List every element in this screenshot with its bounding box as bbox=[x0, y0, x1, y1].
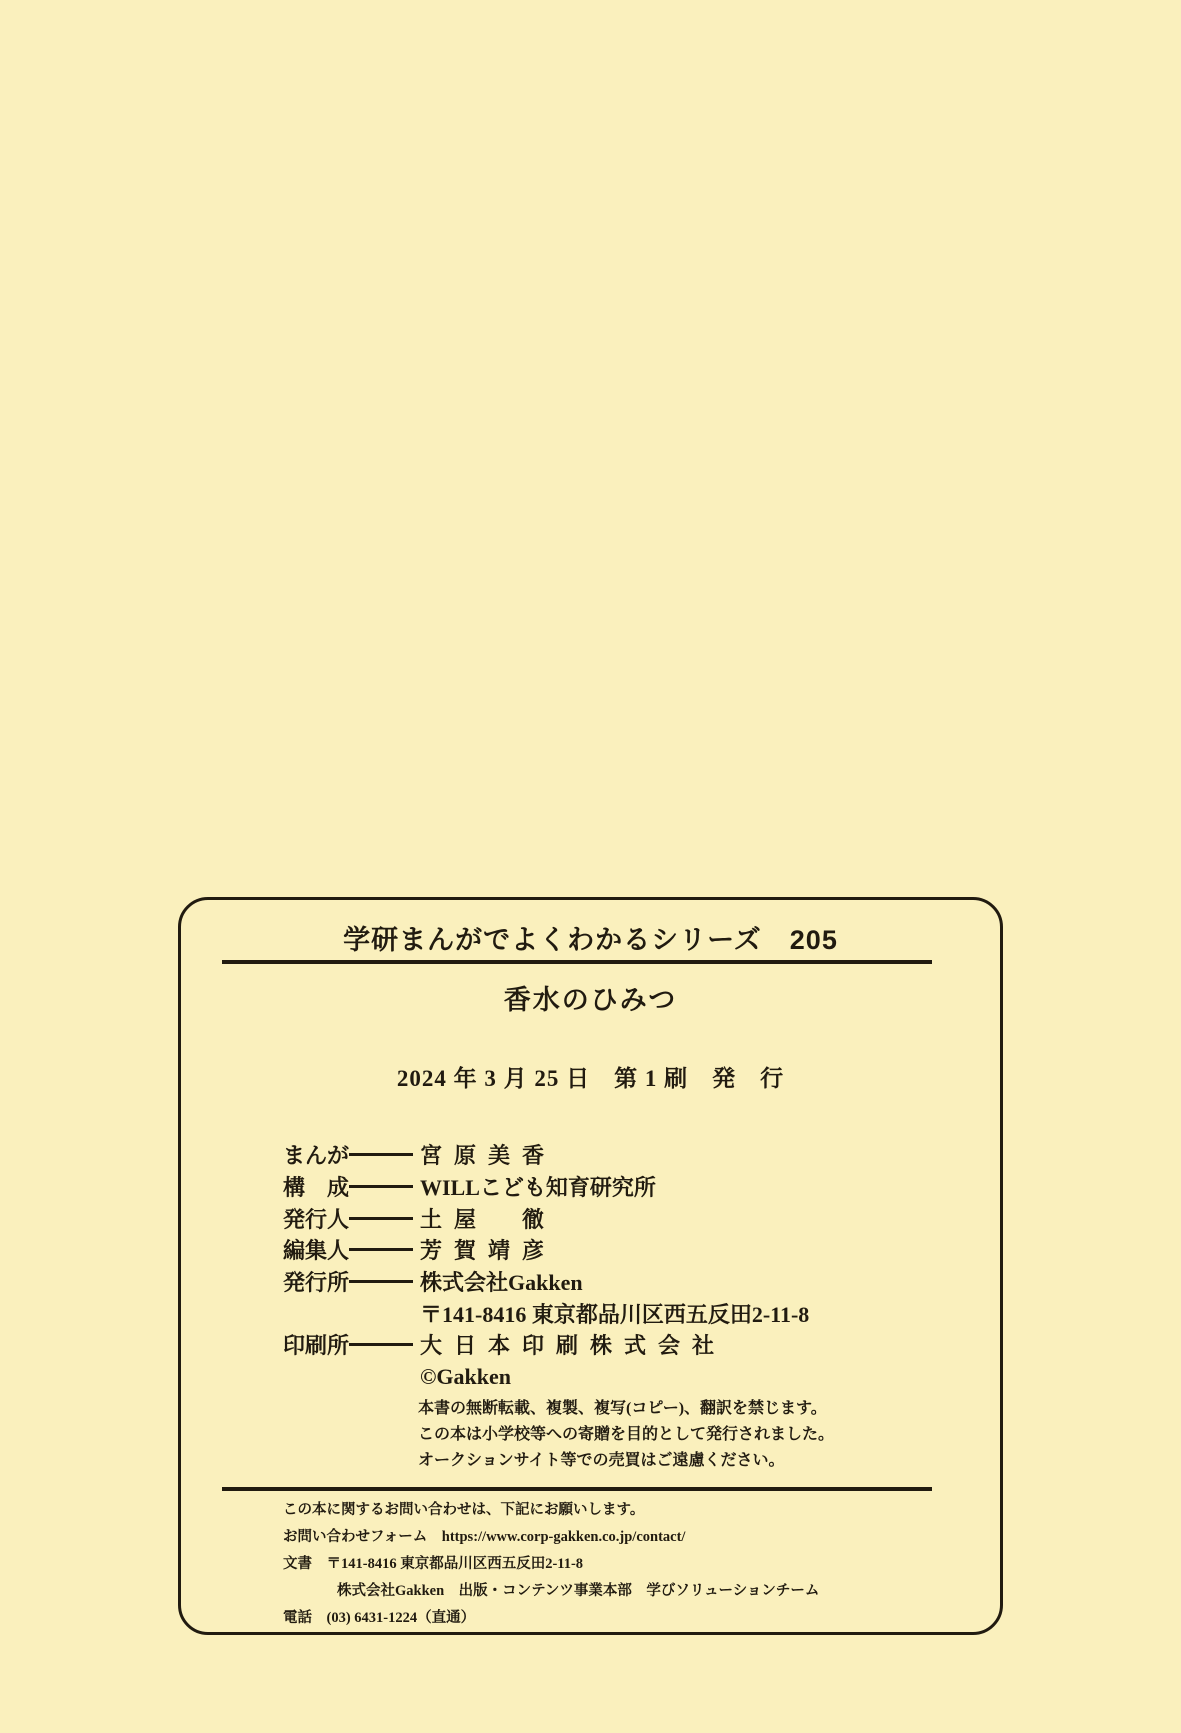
notice-line-2: この本は小学校等への寄贈を目的として発行されました。 bbox=[418, 1422, 834, 1448]
contact-phone-line: 電話 (03) 6431-1224（直通） bbox=[283, 1605, 819, 1632]
credit-dash bbox=[349, 1185, 413, 1188]
credit-row-kousei: 構 成 WILLこども知育研究所 bbox=[283, 1171, 809, 1203]
contact-company-line: 株式会社Gakken 出版・コンテンツ事業本部 学びソリューションチーム bbox=[283, 1578, 819, 1605]
credit-row-copyright: ©Gakken bbox=[283, 1361, 809, 1393]
credit-value: 株式会社Gakken bbox=[420, 1266, 583, 1297]
contact-postal-line: 文書 〒141-8416 東京都品川区西五反田2-11-8 bbox=[283, 1551, 819, 1578]
credit-dash bbox=[349, 1217, 413, 1220]
credit-value: 芳賀靖彦 bbox=[420, 1234, 556, 1265]
contact-form-url-line: お問い合わせフォーム https://www.corp-gakken.co.jp… bbox=[283, 1524, 819, 1551]
credits-list: まんが 宮原美香 構 成 WILLこども知育研究所 発行人 土屋 徹 編集人 芳… bbox=[283, 1139, 809, 1393]
credit-row-hakkousho: 発行所 株式会社Gakken bbox=[283, 1266, 809, 1298]
series-title: 学研まんがでよくわかるシリーズ 205 bbox=[181, 918, 1000, 957]
contact-heading: この本に関するお問い合わせは、下記にお願いします。 bbox=[283, 1497, 819, 1524]
series-title-rule bbox=[222, 960, 932, 964]
credit-dash bbox=[349, 1153, 413, 1156]
credit-dash bbox=[349, 1280, 413, 1283]
credit-label: 発行人 bbox=[283, 1203, 349, 1234]
contact-section-rule bbox=[222, 1487, 932, 1491]
copyright-text: ©Gakken bbox=[420, 1364, 511, 1390]
credit-value: 土屋 徹 bbox=[420, 1203, 556, 1234]
credit-label: 構 成 bbox=[283, 1171, 349, 1202]
credit-label: 印刷所 bbox=[283, 1329, 349, 1360]
credit-label: 発行所 bbox=[283, 1266, 349, 1297]
legal-notices: 本書の無断転載、複製、複写(コピー)、翻訳を禁じます。 この本は小学校等への寄贈… bbox=[418, 1396, 834, 1474]
credit-label: 編集人 bbox=[283, 1234, 349, 1265]
credit-dash bbox=[349, 1343, 413, 1346]
credit-row-hakkounin: 発行人 土屋 徹 bbox=[283, 1202, 809, 1234]
edition-line: 2024 年 3 月 25 日 第 1 刷 発 行 bbox=[181, 1060, 1000, 1093]
book-title: 香水のひみつ bbox=[181, 978, 1000, 1017]
credit-value: 宮原美香 bbox=[420, 1139, 556, 1170]
colophon-page: { "page": { "background_color": "#faf0bd… bbox=[0, 0, 1181, 1733]
publisher-address: 〒141-8416 東京都品川区西五反田2-11-8 bbox=[420, 1298, 809, 1329]
credit-value: 大日本印刷株式会社 bbox=[420, 1329, 726, 1360]
contact-block: この本に関するお問い合わせは、下記にお願いします。 お問い合わせフォーム htt… bbox=[283, 1497, 819, 1632]
credit-row-henshuunin: 編集人 芳賀靖彦 bbox=[283, 1234, 809, 1266]
credit-dash bbox=[349, 1248, 413, 1251]
colophon-box: 学研まんがでよくわかるシリーズ 205 香水のひみつ 2024 年 3 月 25… bbox=[178, 897, 1003, 1635]
credit-value: WILLこども知育研究所 bbox=[420, 1171, 656, 1202]
credit-row-manga: まんが 宮原美香 bbox=[283, 1139, 809, 1171]
credit-row-publisher-address: 〒141-8416 東京都品川区西五反田2-11-8 bbox=[283, 1297, 809, 1329]
credit-label: まんが bbox=[283, 1139, 349, 1170]
notice-line-3: オークションサイト等での売買はご遠慮ください。 bbox=[418, 1448, 834, 1474]
credit-row-insatsusho: 印刷所 大日本印刷株式会社 bbox=[283, 1329, 809, 1361]
notice-line-1: 本書の無断転載、複製、複写(コピー)、翻訳を禁じます。 bbox=[418, 1396, 834, 1422]
